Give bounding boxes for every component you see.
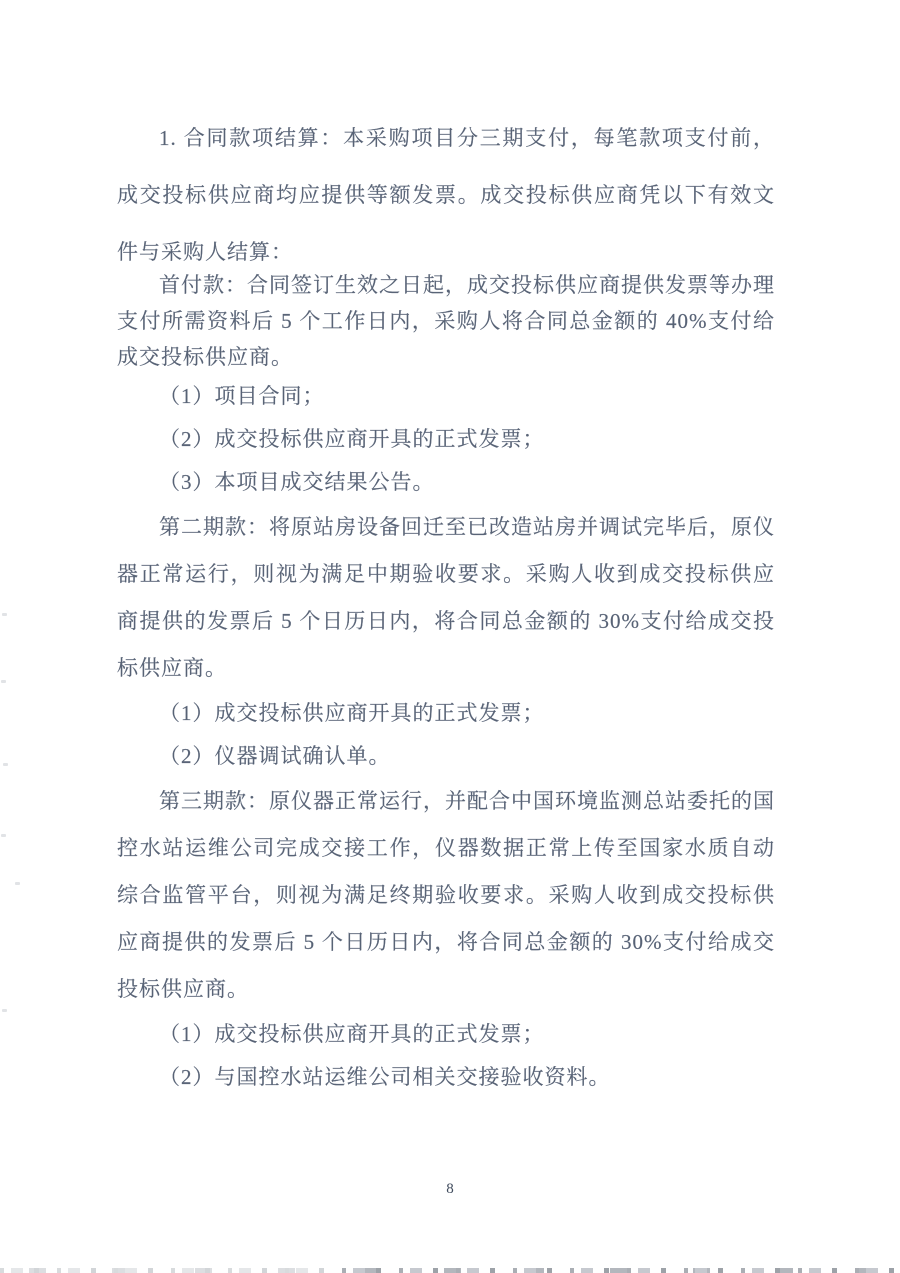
- scan-artifact: [2, 613, 7, 616]
- paragraph: （1）成交投标供应商开具的正式发票；: [117, 692, 775, 735]
- scan-artifact: [1, 680, 6, 683]
- scan-edge-artifact: [0, 1268, 900, 1273]
- paragraph: 第二期款：将原站房设备回迁至已改造站房并调试完毕后，原仪器正常运行，则视为满足中…: [117, 504, 775, 692]
- scan-artifact: [1, 834, 6, 837]
- paragraph: 首付款：合同签订生效之日起，成交投标供应商提供发票等办理支付所需资料后 5 个工…: [117, 267, 775, 375]
- document-body: 1. 合同款项结算：本采购项目分三期支付，每笔款项支付前，成交投标供应商均应提供…: [117, 110, 775, 1099]
- scan-artifact: [2, 1009, 7, 1012]
- paragraph: （2）仪器调试确认单。: [117, 735, 775, 778]
- paragraph: （2）成交投标供应商开具的正式发票；: [117, 418, 775, 461]
- document-page: 1. 合同款项结算：本采购项目分三期支付，每笔款项支付前，成交投标供应商均应提供…: [0, 0, 900, 1273]
- paragraph: （2）与国控水站运维公司相关交接验收资料。: [117, 1056, 775, 1099]
- scan-artifact: [3, 763, 8, 766]
- page-number: 8: [0, 1181, 900, 1198]
- paragraph: 第三期款：原仪器正常运行，并配合中国环境监测总站委托的国控水站运维公司完成交接工…: [117, 778, 775, 1013]
- paragraph: （1）项目合同；: [117, 375, 775, 418]
- paragraph: （3）本项目成交结果公告。: [117, 461, 775, 504]
- scan-artifact: [15, 882, 20, 885]
- paragraph: （1）成交投标供应商开具的正式发票；: [117, 1013, 775, 1056]
- paragraph: 1. 合同款项结算：本采购项目分三期支付，每笔款项支付前，成交投标供应商均应提供…: [117, 110, 775, 281]
